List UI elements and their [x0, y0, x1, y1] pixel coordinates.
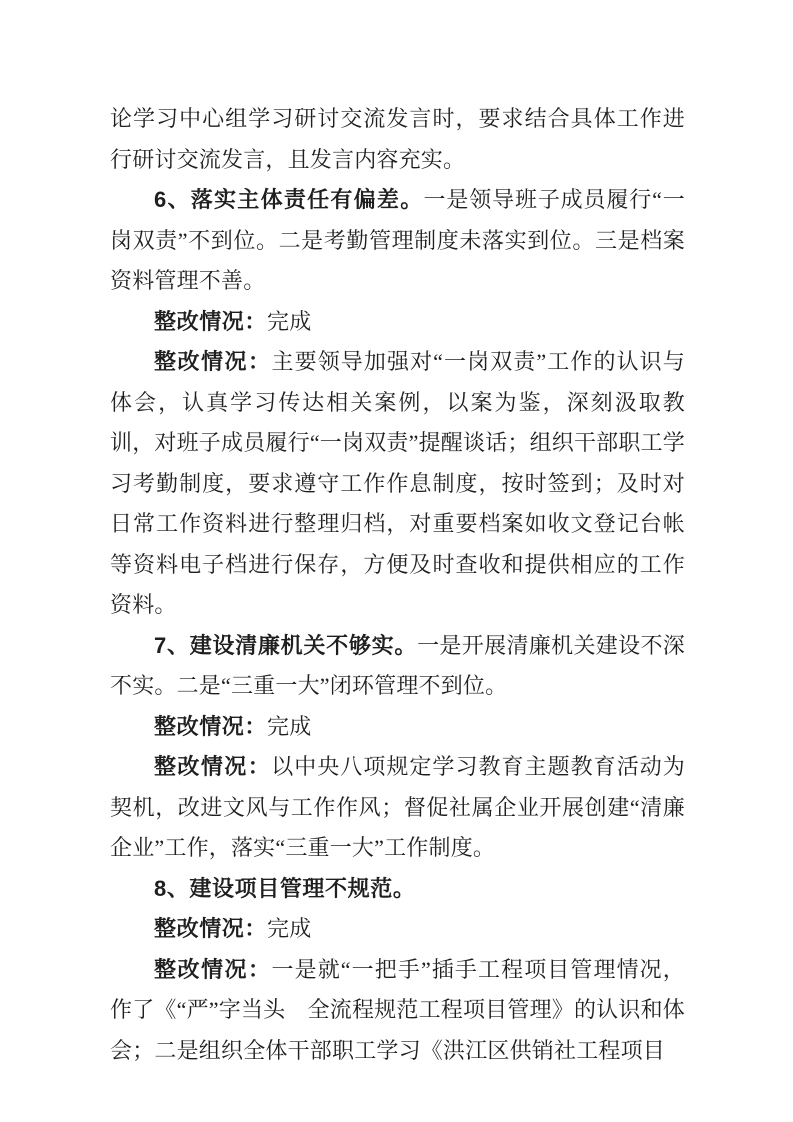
paragraph-5: 7、建设清廉机关不够实。一是开展清廉机关建设不深不实。二是“三重一大”闭环管理不… [110, 626, 685, 707]
body-text-segment: 论学习中心组学习研讨交流发言时，要求结合具体工作进行研讨交流发言，且发言内容充实… [110, 106, 685, 172]
paragraph-1: 论学习中心组学习研讨交流发言时，要求结合具体工作进行研讨交流发言，且发言内容充实… [110, 99, 685, 180]
paragraph-8: 8、建设项目管理不规范。 [110, 869, 685, 910]
paragraph-7: 整改情况：以中央八项规定学习教育主题教育活动为契机，改进文风与工作作风；督促社属… [110, 747, 685, 869]
body-text-segment: 主要领导加强对“一岗双责”工作的认识与体会，认真学习传达相关案例，以案为鉴，深刻… [110, 349, 685, 617]
body-text-segment: 完成 [267, 714, 311, 739]
emphasis-text-segment: 整改情况： [154, 714, 267, 739]
emphasis-text-segment: 8、建设项目管理不规范。 [154, 876, 415, 901]
paragraph-10: 整改情况：一是就“一把手”插手工程项目管理情况，作了《“严”字当头 全流程规范工… [110, 950, 685, 1072]
emphasis-text-segment: 整改情况： [154, 349, 272, 374]
document-body: 论学习中心组学习研讨交流发言时，要求结合具体工作进行研讨交流发言，且发言内容充实… [110, 99, 685, 1071]
emphasis-text-segment: 整改情况： [154, 754, 271, 779]
emphasis-text-segment: 整改情况： [154, 916, 267, 941]
body-text-segment: 完成 [267, 309, 311, 334]
document-page: 论学习中心组学习研讨交流发言时，要求结合具体工作进行研讨交流发言，且发言内容充实… [0, 0, 793, 1122]
paragraph-4: 整改情况：主要领导加强对“一岗双责”工作的认识与体会，认真学习传达相关案例，以案… [110, 342, 685, 626]
emphasis-text-segment: 7、建设清廉机关不够实。 [154, 633, 417, 658]
emphasis-text-segment: 6、落实主体责任有偏差。 [154, 187, 423, 212]
emphasis-text-segment: 整改情况： [154, 957, 272, 982]
paragraph-9: 整改情况：完成 [110, 909, 685, 950]
paragraph-6: 整改情况：完成 [110, 707, 685, 748]
body-text-segment: 完成 [267, 916, 311, 941]
emphasis-text-segment: 整改情况： [154, 309, 267, 334]
paragraph-3: 整改情况：完成 [110, 302, 685, 343]
paragraph-2: 6、落实主体责任有偏差。一是领导班子成员履行“一岗双责”不到位。二是考勤管理制度… [110, 180, 685, 302]
